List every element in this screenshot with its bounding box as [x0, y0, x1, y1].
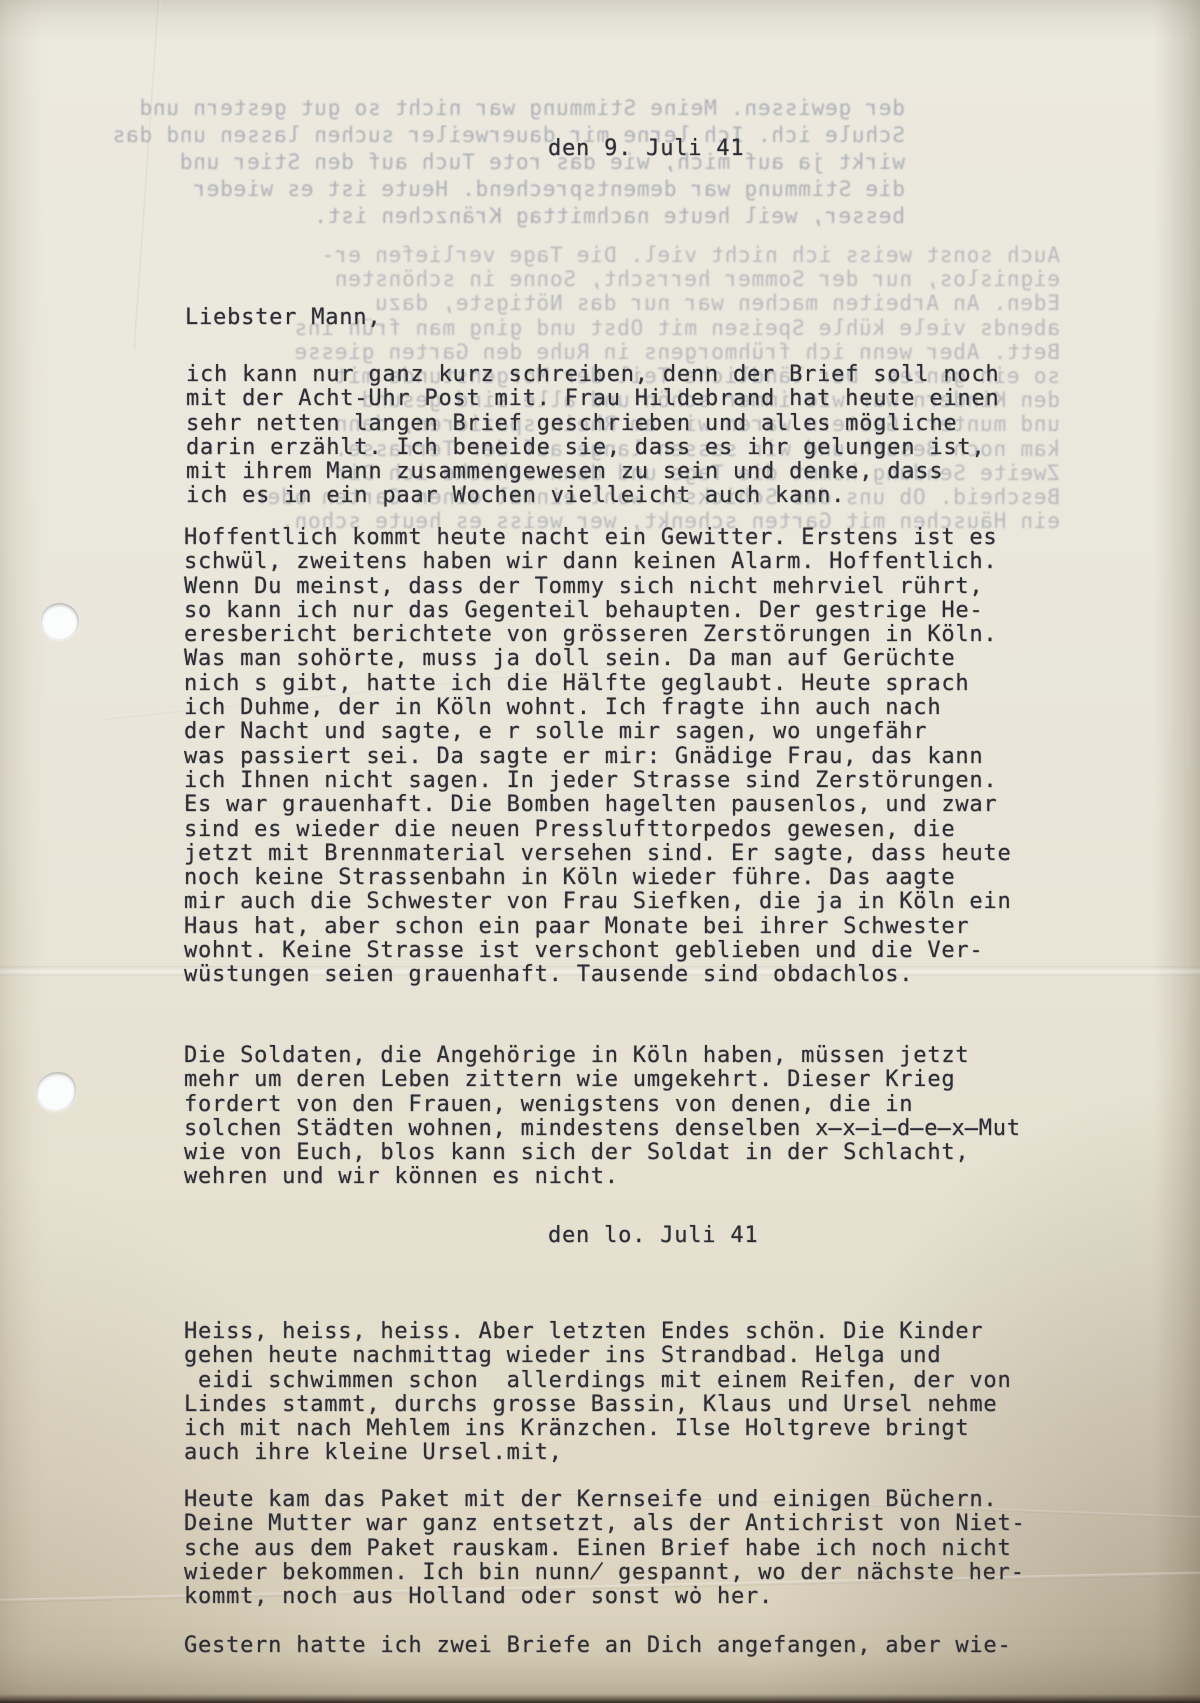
letter-date-first: den 9. Juli 41 [548, 137, 744, 161]
letter-paragraph-1: ich kann nur ganz kurz schreiben, denn d… [186, 363, 999, 509]
bleedthrough-top-text: der gewissen. Meine Stimmung war nicht s… [95, 95, 905, 230]
letter-page: der gewissen. Meine Stimmung war nicht s… [0, 0, 1200, 1703]
bottom-edge-shadow [0, 1694, 1200, 1703]
letter-paragraph-2: Hoffentlich kommt heute nacht ein Gewitt… [184, 526, 1011, 988]
letter-paragraph-5: Heute kam das Paket mit der Kernseife un… [184, 1488, 1026, 1609]
letter-paragraph-4: Heiss, heiss, heiss. Aber letzten Endes … [184, 1320, 1011, 1466]
letter-paragraph-3: Die Soldaten, die Angehörige in Köln hab… [184, 1044, 1021, 1190]
letter-paragraph-6: Gestern hatte ich zwei Briefe an Dich an… [184, 1634, 1011, 1658]
letter-date-second: den lo. Juli 41 [548, 1224, 758, 1248]
punch-hole-lower [36, 1072, 76, 1111]
punch-hole-upper [41, 603, 79, 640]
letter-salutation: Liebster Mann, [185, 306, 381, 330]
